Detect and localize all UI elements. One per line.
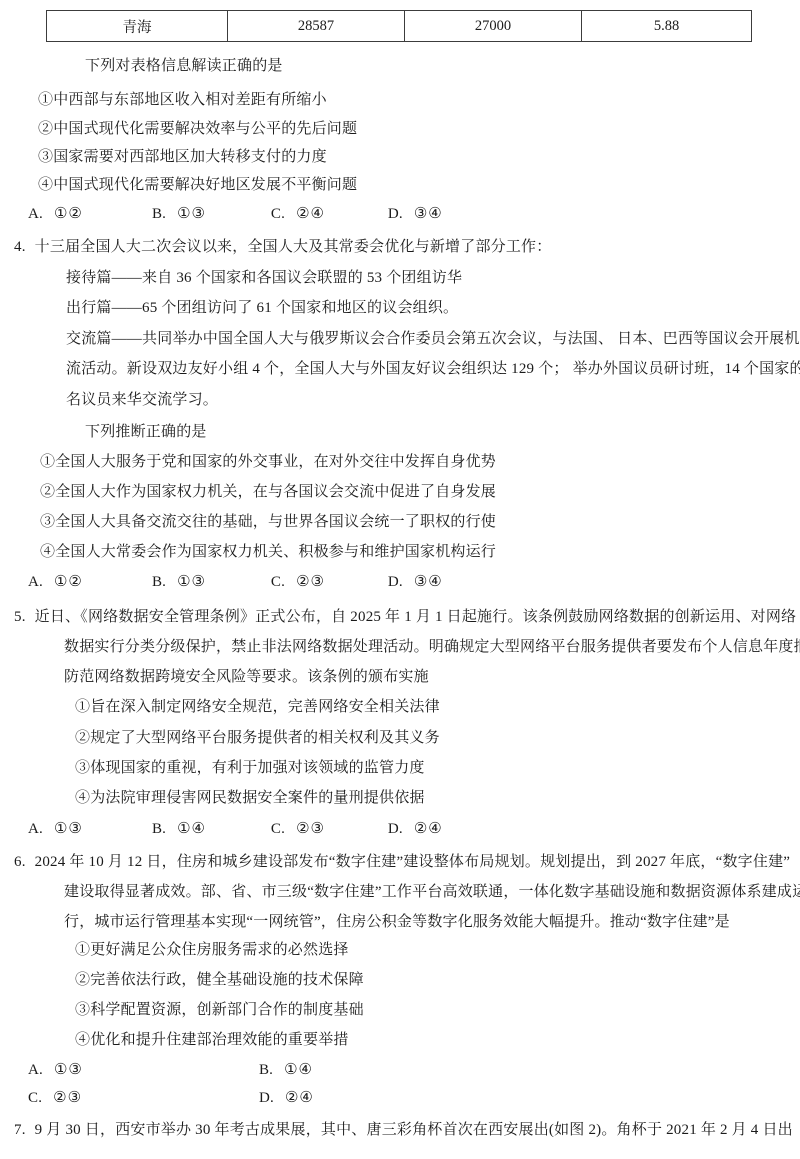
table-cell-value-1: 28587 (228, 11, 405, 42)
q6-choice-b: B.①④ (259, 1060, 313, 1080)
q4-choices-row: A.①② B.①③ C.②③ D.③④ (28, 572, 443, 592)
q3-statement-4: ④中国式现代化需要解决好地区发展不平衡问题 (38, 175, 357, 195)
q6-choice-d: D.②④ (259, 1088, 314, 1108)
q7-stem-line-1: 7.9 月 30 日，西安市举办 30 年考古成果展，其中、唐三彩角杯首次在西安… (14, 1120, 793, 1140)
q6-statement-4: ④优化和提升住建部治理效能的重要举措 (75, 1030, 349, 1050)
q5-statement-2: ②规定了大型网络平台服务提供者的相关权利及其义务 (75, 728, 440, 748)
q6-stem-line-3: 行，城市运行管理基本实现“一网统管”，住房公积金等数字化服务效能大幅提升。推动“… (64, 912, 730, 932)
q4-statement-4: ④全国人大常委会作为国家权力机关、积极参与和维护国家机构运行 (40, 542, 496, 562)
q6-choice-a: A.①③ (28, 1060, 255, 1080)
q3-prompt: 下列对表格信息解读正确的是 (85, 56, 283, 76)
income-data-table: 青海 28587 27000 5.88 (46, 10, 752, 42)
q4-number: 4. (14, 237, 26, 257)
exam-page: 青海 28587 27000 5.88 下列对表格信息解读正确的是 ①中西部与东… (0, 0, 800, 1159)
q4-stem-line-2: 接待篇——来自 36 个国家和各国议会联盟的 53 个团组访华 (66, 268, 462, 288)
q5-statement-1: ①旨在深入制定网络安全规范，完善网络安全相关法律 (75, 697, 440, 717)
q4-stem-line-4: 交流篇——共同举办中国全国人大与俄罗斯议会合作委员会第五次会议，与法国、 日本、… (66, 329, 800, 349)
q4-stem-line-5: 流活动。新设双边友好小组 4 个，全国人大与外国友好议会组织达 129 个； 举… (66, 359, 800, 379)
q3-choice-a: A.①② (28, 204, 148, 224)
q5-statement-3: ③体现国家的重视，有利于加强对该领域的监管力度 (75, 758, 425, 778)
q6-number: 6. (14, 852, 26, 872)
q5-choice-a: A.①③ (28, 819, 148, 839)
q5-stem-line-2: 数据实行分类分级保护，禁止非法网络数据处理活动。明确规定大型网络平台服务提供者要… (64, 637, 800, 657)
q3-statement-2: ②中国式现代化需要解决效率与公平的先后问题 (38, 119, 357, 139)
q3-choice-c: C.②④ (271, 204, 384, 224)
q3-statement-1: ①中西部与东部地区收入相对差距有所缩小 (38, 90, 327, 110)
q4-choice-a: A.①② (28, 572, 148, 592)
q4-statement-2: ②全国人大作为国家权力机关，在与各国议会交流中促进了自身发展 (40, 482, 496, 502)
table-row: 青海 28587 27000 5.88 (47, 11, 752, 42)
q4-stem-line-6: 名议员来华交流学习。 (66, 390, 218, 410)
q4-choice-d: D.③④ (388, 572, 443, 592)
q6-statement-2: ②完善依法行政，健全基础设施的技术保障 (75, 970, 364, 990)
q4-stem-line-3: 出行篇——65 个团组访问了 61 个国家和地区的议会组织。 (66, 298, 458, 318)
q5-choice-d: D.②④ (388, 819, 443, 839)
q5-number: 5. (14, 607, 26, 627)
q5-choice-c: C.②③ (271, 819, 384, 839)
q3-choices-row: A.①② B.①③ C.②④ D.③④ (28, 204, 443, 224)
q3-choice-b: B.①③ (152, 204, 267, 224)
q7-number: 7. (14, 1120, 26, 1140)
q5-stem-line-3: 防范网络数据跨境安全风险等要求。该条例的颁布实施 (64, 667, 429, 687)
table-cell-ratio: 5.88 (582, 11, 752, 42)
table-cell-region: 青海 (47, 11, 228, 42)
q5-statement-4: ④为法院审理侵害网民数据安全案件的量刑提供依据 (75, 788, 425, 808)
q4-statement-1: ①全国人大服务于党和国家的外交事业，在对外交往中发挥自身优势 (40, 452, 496, 472)
q4-prompt: 下列推断正确的是 (85, 422, 207, 442)
q4-choice-c: C.②③ (271, 572, 384, 592)
q5-choice-b: B.①④ (152, 819, 267, 839)
q4-choice-b: B.①③ (152, 572, 267, 592)
q4-statement-3: ③全国人大具备交流交往的基础，与世界各国议会统一了职权的行使 (40, 512, 496, 532)
table-cell-value-2: 27000 (405, 11, 582, 42)
q6-stem-line-1: 6.2024 年 10 月 12 日，住房和城乡建设部发布“数字住建”建设整体布… (14, 852, 790, 872)
q6-statement-1: ①更好满足公众住房服务需求的必然选择 (75, 940, 349, 960)
q4-stem-line-1: 4.十三届全国人大二次会议以来，全国人大及其常委会优化与新增了部分工作： (14, 237, 551, 257)
q3-statement-3: ③国家需要对西部地区加大转移支付的力度 (38, 147, 327, 167)
q6-choice-c: C.②③ (28, 1088, 255, 1108)
q6-choices-row-1: A.①③ B.①④ (28, 1060, 313, 1080)
q5-stem-line-1: 5.近日、《网络数据安全管理条例》正式公布，自 2025 年 1 月 1 日起施… (14, 607, 796, 627)
q6-choices-row-2: C.②③ D.②④ (28, 1088, 314, 1108)
q6-statement-3: ③科学配置资源，创新部门合作的制度基础 (75, 1000, 364, 1020)
q6-stem-line-2: 建设取得显著成效。部、省、市三级“数字住建”工作平台高效联通，一体化数字基础设施… (64, 882, 800, 902)
q3-choice-d: D.③④ (388, 204, 443, 224)
q5-choices-row: A.①③ B.①④ C.②③ D.②④ (28, 819, 443, 839)
